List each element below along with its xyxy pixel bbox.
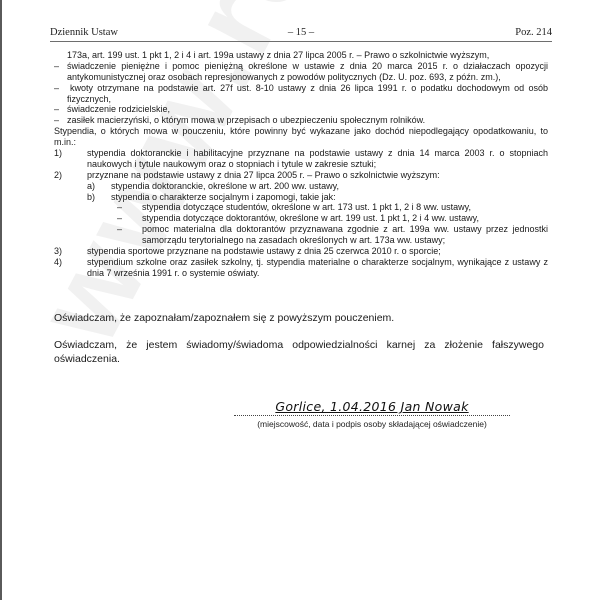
sub-item: a) stypendia doktoranckie, określone w a… <box>54 181 548 192</box>
numbered-item: 4) stypendium szkolne oraz zasiłek szkol… <box>54 257 548 268</box>
sub-item-text: stypendia o charakterze socjalnym i zapo… <box>54 192 336 203</box>
dash-item: – świadczenie rodzicielskie, <box>54 104 548 115</box>
dash-marker: – <box>54 61 59 72</box>
declaration-liability-line1: Oświadczam, że jestem świadomy/świadoma … <box>54 338 544 352</box>
sub-item: b) stypendia o charakterze socjalnym i z… <box>54 192 548 203</box>
signature-value: Gorlice, 1.04.2016 Jan Nowak <box>234 399 510 414</box>
sub-dash-text: pomoc materialna dla doktorantów przyzna… <box>54 224 548 235</box>
page-number: – 15 – <box>50 27 552 38</box>
sub-dash-text: stypendia dotyczące studentów, określone… <box>54 202 471 213</box>
declaration-liability: Oświadczam, że jestem świadomy/świadoma … <box>54 338 544 366</box>
stypendia-intro-continuation: m.in.: <box>54 137 548 148</box>
continuation-line: 173a, art. 199 ust. 1 pkt 1, 2 i 4 i art… <box>54 50 548 61</box>
dash-item-text: świadczenie rodzicielskie, <box>54 104 170 115</box>
numbered-item-continuation: dnia 7 września 1991 r. o systemie oświa… <box>54 268 548 279</box>
numbered-item: 1) stypendia doktoranckie i habilitacyjn… <box>54 148 548 159</box>
sub-dash-item: – stypendia dotyczące doktorantów, okreś… <box>54 213 548 224</box>
item-number: 1) <box>54 148 62 159</box>
numbered-item-text: stypendia sportowe przyznane na podstawi… <box>54 246 441 257</box>
dash-item-text: kwoty otrzymane na podstawie art. 27f us… <box>54 83 548 94</box>
dash-marker: – <box>54 83 59 94</box>
sub-dash-text: stypendia dotyczące doktorantów, określo… <box>54 213 479 224</box>
numbered-item-text: stypendium szkolne oraz zasiłek szkolny,… <box>54 257 548 268</box>
signature-field[interactable]: Gorlice, 1.04.2016 Jan Nowak <box>234 397 510 416</box>
numbered-item-continuation: naukowych i tytule naukowym oraz o stopn… <box>54 159 548 170</box>
sub-dash-item: – pomoc materialna dla doktorantów przyz… <box>54 224 548 235</box>
stypendia-intro: Stypendia, o których mowa w pouczeniu, k… <box>54 126 548 137</box>
sub-dash-continuation: samorządu terytorialnego na zasadach okr… <box>54 235 548 246</box>
dash-item: – świadczenie pieniężne i pomoc pieniężn… <box>54 61 548 72</box>
signature-block: Gorlice, 1.04.2016 Jan Nowak (miejscowoś… <box>234 397 510 429</box>
page-header: Dziennik Ustaw – 15 – Poz. 214 <box>50 27 552 42</box>
document-page: Dziennik Ustaw – 15 – Poz. 214 173a, art… <box>0 0 592 600</box>
numbered-item-text: stypendia doktoranckie i habilitacyjne p… <box>54 148 548 159</box>
numbered-item-text: przyznane na podstawie ustawy z dnia 27 … <box>54 170 440 181</box>
dash-marker: – <box>117 224 122 235</box>
item-number: 4) <box>54 257 62 268</box>
sub-dash-item: – stypendia dotyczące studentów, określo… <box>54 202 548 213</box>
dash-item-text: świadczenie pieniężne i pomoc pieniężną … <box>54 61 548 72</box>
dash-item-continuation: fizycznych, <box>54 94 548 105</box>
position-number: Poz. 214 <box>515 27 552 38</box>
instruction-body: 173a, art. 199 ust. 1 pkt 1, 2 i 4 i art… <box>54 50 548 279</box>
declaration-acknowledgement: Oświadczam, że zapoznałam/zapoznałem się… <box>54 311 544 325</box>
dash-item-continuation: antykomunistycznej oraz osobach represjo… <box>54 72 548 83</box>
signature-caption: (miejscowość, data i podpis osoby składa… <box>234 419 510 429</box>
declaration-liability-line2: oświadczenia. <box>54 352 544 366</box>
numbered-item: 2) przyznane na podstawie ustawy z dnia … <box>54 170 548 181</box>
dash-item: – kwoty otrzymane na podstawie art. 27f … <box>54 83 548 94</box>
dash-item: – zasiłek macierzyński, o którym mowa w … <box>54 115 548 126</box>
sub-item-text: stypendia doktoranckie, określone w art.… <box>54 181 339 192</box>
dash-item-text: zasiłek macierzyński, o którym mowa w pr… <box>54 115 425 126</box>
numbered-item: 3) stypendia sportowe przyznane na podst… <box>54 246 548 257</box>
